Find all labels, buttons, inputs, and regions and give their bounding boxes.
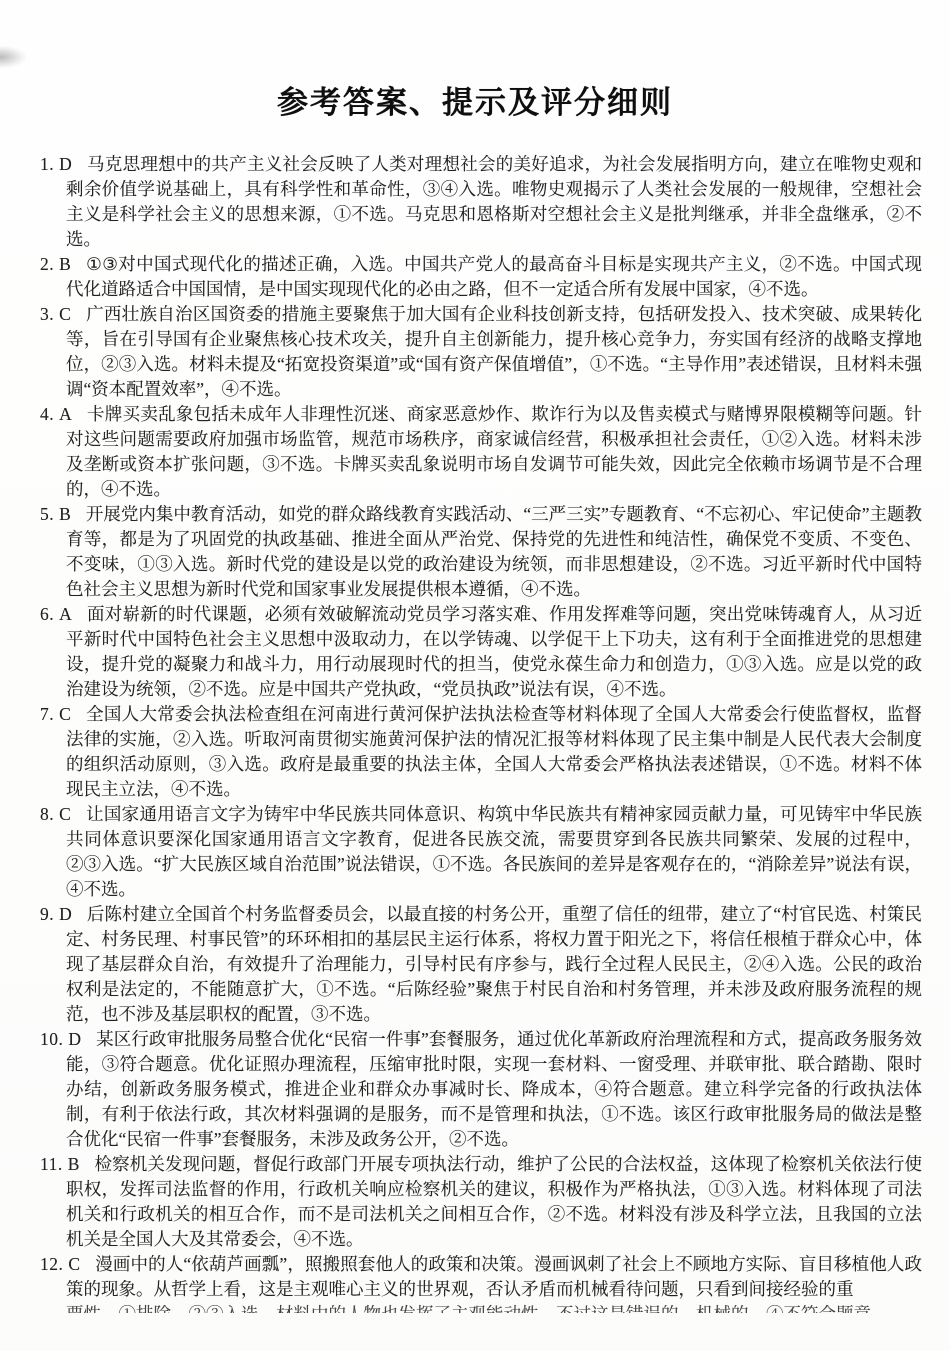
answer-number: 5. bbox=[40, 504, 54, 524]
answer-text: 检察机关发现问题，督促行政部门开展专项执法行动，维护了公民的合法权益，这体现了检… bbox=[66, 1154, 922, 1249]
answer-text: 开展党内集中教育活动，如党的群众路线教育实践活动、“三严三实”专题教育、“不忘初… bbox=[66, 504, 922, 599]
answer-item: 4.A卡牌买卖乱象包括未成年人非理性沉迷、商家恶意炒作、欺诈行为以及售卖模式与赌… bbox=[40, 402, 922, 502]
answer-number: 6. bbox=[40, 604, 54, 624]
answer-number: 4. bbox=[40, 404, 54, 424]
scanned-answer-sheet-page: 参考答案、提示及评分细则 1.D马克思理想中的共产主义社会反映了人类对理想社会的… bbox=[0, 0, 950, 1351]
answer-letter: C bbox=[68, 1254, 80, 1274]
answer-item: 3.C广西壮族自治区国资委的措施主要聚焦于加大国有企业科技创新支持，包括研发投入… bbox=[40, 302, 922, 402]
answer-letter: A bbox=[59, 604, 72, 624]
answer-text: 广西壮族自治区国资委的措施主要聚焦于加大国有企业科技创新支持，包括研发投入、技术… bbox=[66, 304, 922, 399]
answer-letter: C bbox=[59, 704, 71, 724]
answer-number: 11. bbox=[40, 1154, 63, 1174]
answer-letter: C bbox=[59, 804, 71, 824]
answer-item: 1.D马克思理想中的共产主义社会反映了人类对理想社会的美好追求，为社会发展指明方… bbox=[40, 152, 922, 252]
answer-letter: D bbox=[59, 904, 72, 924]
answer-number: 1. bbox=[40, 154, 54, 174]
answer-number: 8. bbox=[40, 804, 54, 824]
answer-text: 某区行政审批服务局整合优化“民宿一件事”套餐服务，通过优化革新政府治理流程和方式… bbox=[66, 1029, 922, 1149]
answer-letter: D bbox=[68, 1029, 81, 1049]
answer-letter: B bbox=[68, 1154, 80, 1174]
answer-item: 12.C漫画中的人“依葫芦画瓢”，照搬照套他人的政策和决策。漫画讽刺了社会上不顾… bbox=[40, 1252, 922, 1313]
answer-number: 9. bbox=[40, 904, 54, 924]
answer-number: 7. bbox=[40, 704, 54, 724]
answer-letter: B bbox=[59, 504, 71, 524]
answer-item: 2.B①③对中国式现代化的描述正确，入选。中国共产党人的最高奋斗目标是实现共产主… bbox=[40, 252, 922, 302]
answer-text: 全国人大常委会执法检查组在河南进行黄河保护法执法检查等材料体现了全国人大常委会行… bbox=[66, 704, 922, 799]
answer-item: 9.D后陈村建立全国首个村务监督委员会，以最直接的村务公开，重塑了信任的纽带，建… bbox=[40, 902, 922, 1027]
answer-number: 12. bbox=[40, 1254, 63, 1274]
answer-letter: C bbox=[59, 304, 71, 324]
answer-letter: A bbox=[59, 404, 72, 424]
answer-number: 3. bbox=[40, 304, 54, 324]
answer-item: 5.B开展党内集中教育活动，如党的群众路线教育实践活动、“三严三实”专题教育、“… bbox=[40, 502, 922, 602]
answer-list: 1.D马克思理想中的共产主义社会反映了人类对理想社会的美好追求，为社会发展指明方… bbox=[40, 152, 922, 1313]
answer-text: 后陈村建立全国首个村务监督委员会，以最直接的村务公开，重塑了信任的纽带，建立了“… bbox=[66, 904, 922, 1024]
answer-text: ①③对中国式现代化的描述正确，入选。中国共产党人的最高奋斗目标是实现共产主义，②… bbox=[66, 254, 922, 299]
answer-item: 7.C全国人大常委会执法检查组在河南进行黄河保护法执法检查等材料体现了全国人大常… bbox=[40, 702, 922, 802]
answer-number: 2. bbox=[40, 254, 54, 274]
answer-item: 10.D某区行政审批服务局整合优化“民宿一件事”套餐服务，通过优化革新政府治理流… bbox=[40, 1027, 922, 1152]
answer-text: 漫画中的人“依葫芦画瓢”，照搬照套他人的政策和决策。漫画讽刺了社会上不顾地方实际… bbox=[66, 1254, 922, 1299]
answer-text-clipped: 要性，①排除，②③入选。材料中的人物也发挥了主观能动性，不过这是错误的、机械的，… bbox=[66, 1302, 922, 1313]
page-title: 参考答案、提示及评分细则 bbox=[0, 21, 950, 122]
answer-text: 让国家通用语言文字为铸牢中华民族共同体意识、构筑中华民族共有精神家园贡献力量，可… bbox=[66, 804, 922, 899]
answer-item: 8.C让国家通用语言文字为铸牢中华民族共同体意识、构筑中华民族共有精神家园贡献力… bbox=[40, 802, 922, 902]
answer-number: 10. bbox=[40, 1029, 63, 1049]
answer-item: 6.A面对崭新的时代课题，必须有效破解流动党员学习落实难、作用发挥难等问题，突出… bbox=[40, 602, 922, 702]
answer-letter: B bbox=[59, 254, 71, 274]
answer-text: 面对崭新的时代课题，必须有效破解流动党员学习落实难、作用发挥难等问题，突出党味铸… bbox=[66, 604, 922, 699]
answer-text: 马克思理想中的共产主义社会反映了人类对理想社会的美好追求，为社会发展指明方向，建… bbox=[66, 154, 922, 249]
answer-text: 卡牌买卖乱象包括未成年人非理性沉迷、商家恶意炒作、欺诈行为以及售卖模式与赌博界限… bbox=[66, 404, 922, 499]
answer-letter: D bbox=[59, 154, 72, 174]
answer-item: 11.B检察机关发现问题，督促行政部门开展专项执法行动，维护了公民的合法权益，这… bbox=[40, 1152, 922, 1252]
